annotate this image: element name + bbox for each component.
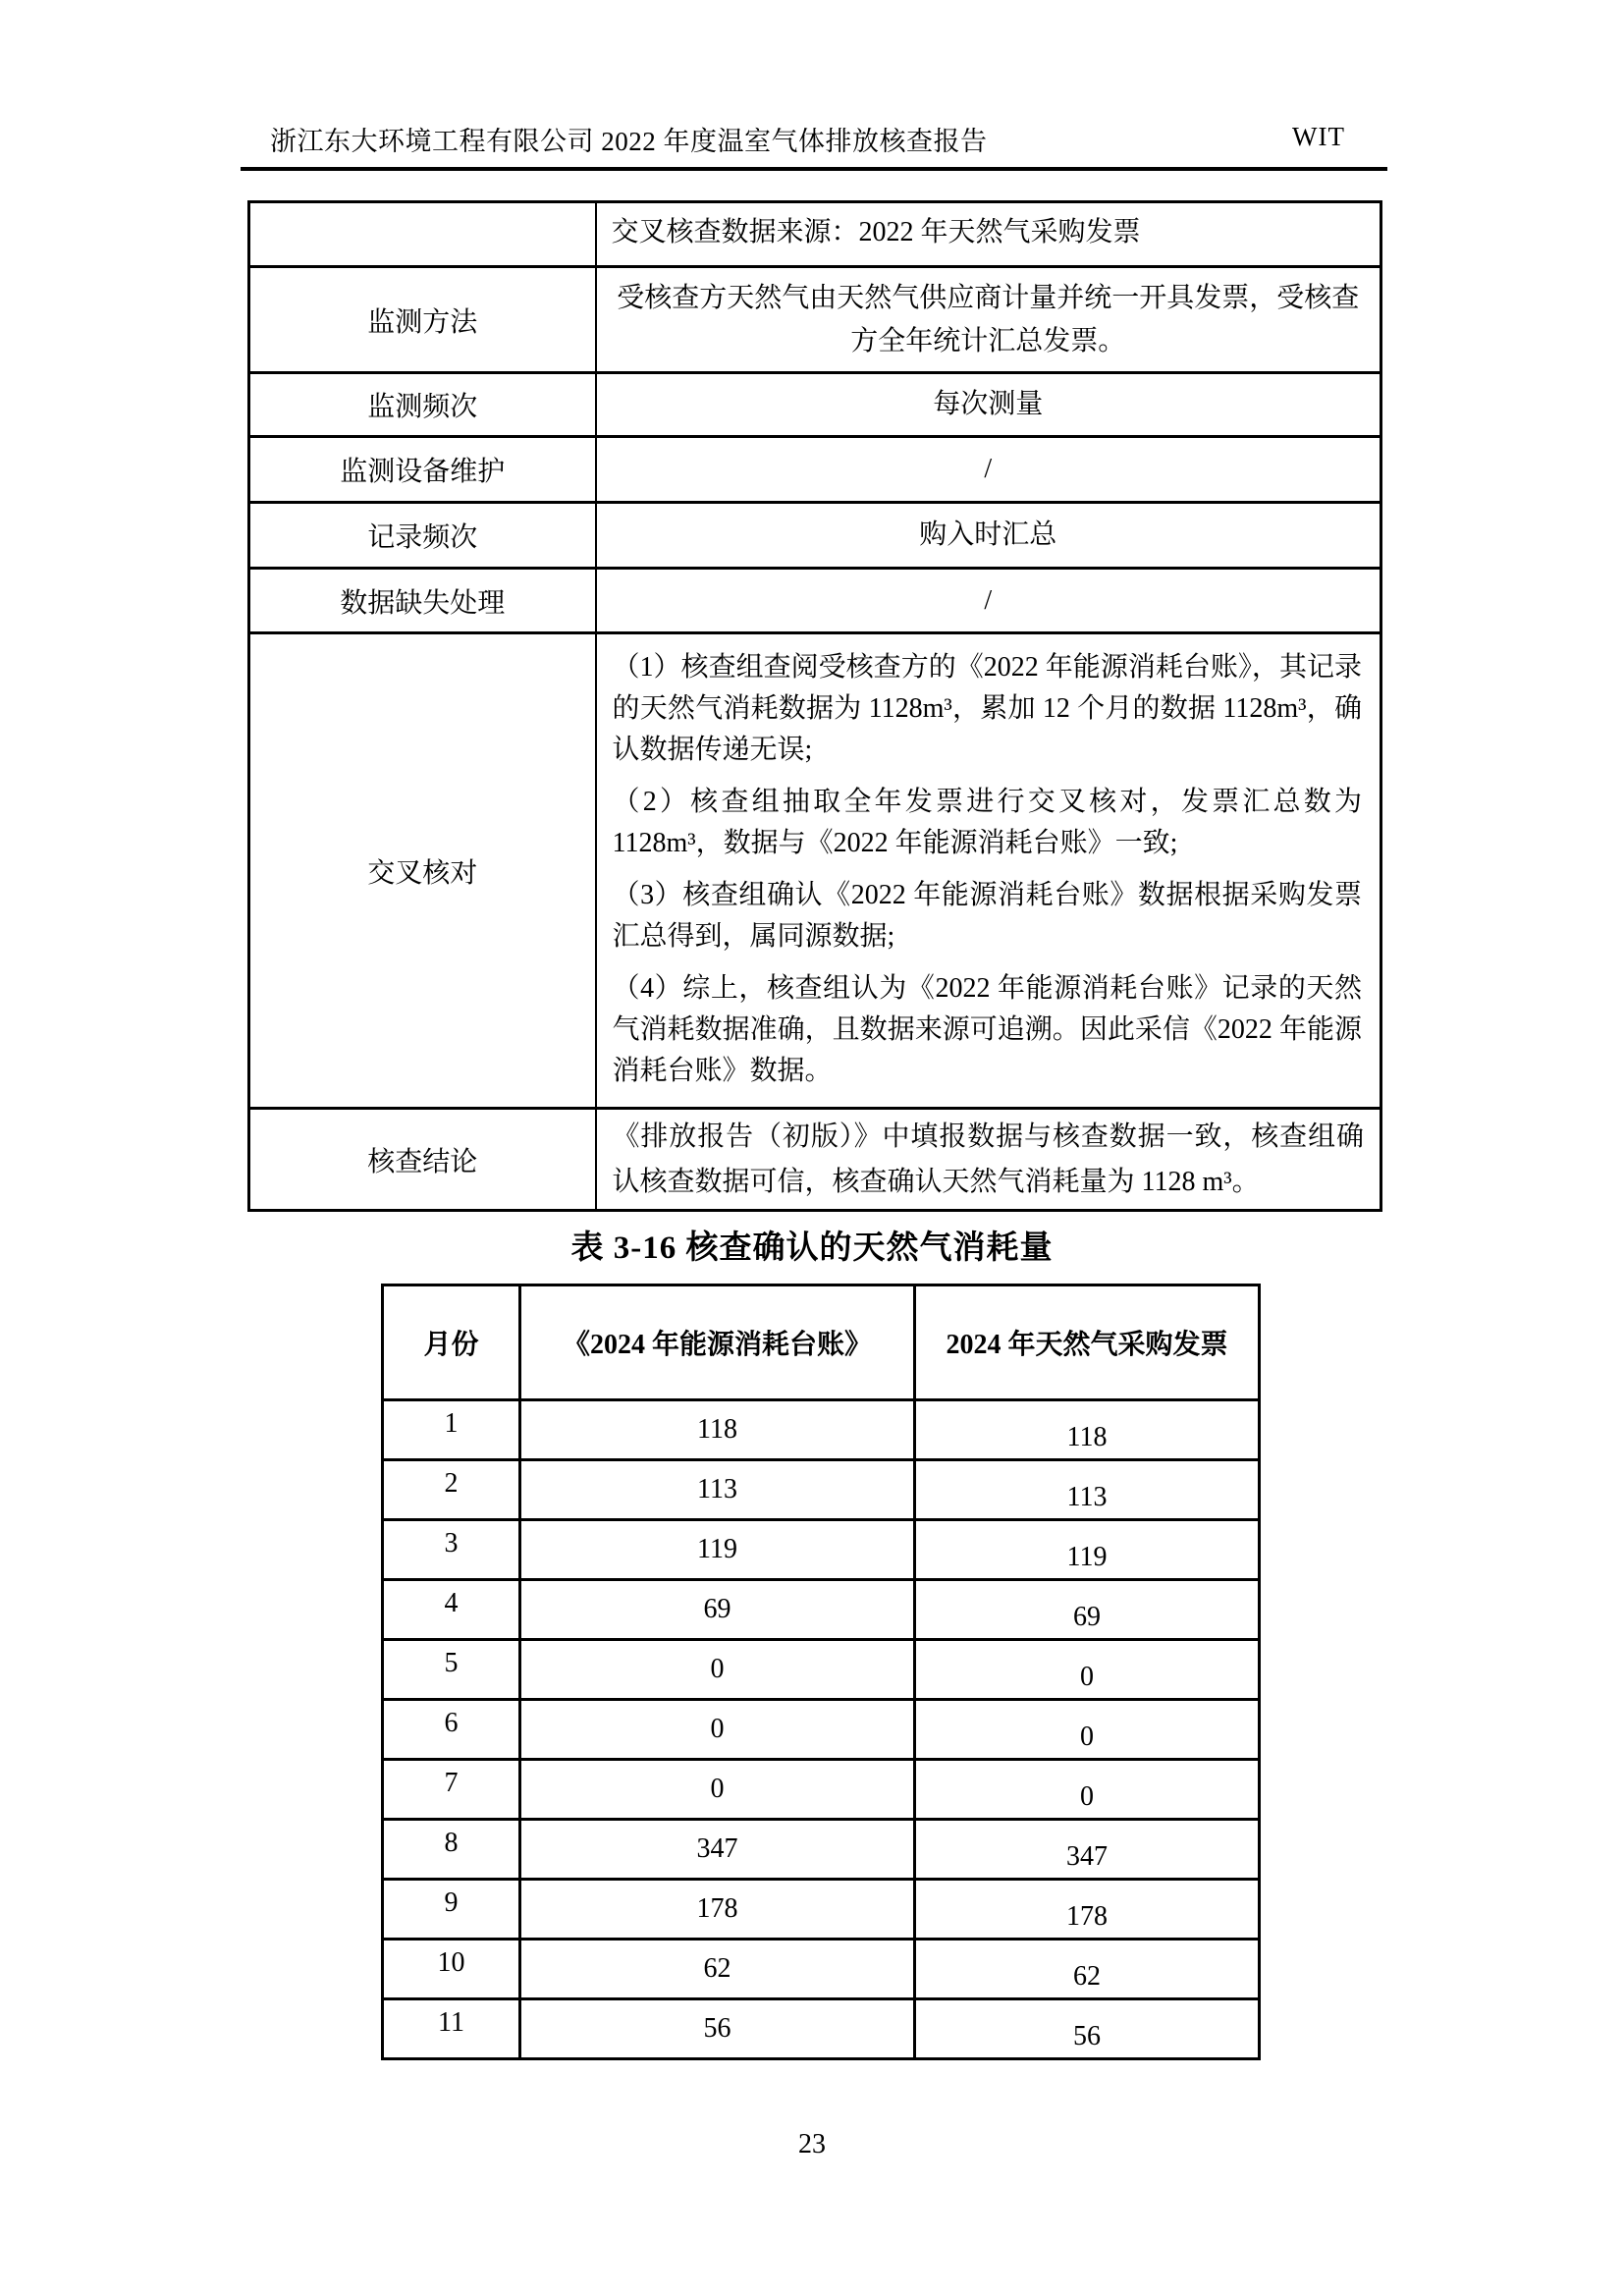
row-label: 交叉核对 xyxy=(249,633,596,1109)
invoice-value: 178 xyxy=(1066,1901,1108,1933)
invoice-value: 0 xyxy=(1080,1722,1094,1753)
ledger-value: 69 xyxy=(704,1594,731,1625)
ledger-cell: 347 xyxy=(520,1820,915,1880)
ledger-cell: 69 xyxy=(520,1580,915,1640)
invoice-cell: 113 xyxy=(915,1460,1260,1520)
row-value: 受核查方天然气由天然气供应商计量并统一开具发票，受核查方全年统计汇总发票。 xyxy=(596,267,1381,373)
month-value: 11 xyxy=(438,2007,464,2039)
ledger-cell: 178 xyxy=(520,1880,915,1940)
month-cell: 5 xyxy=(383,1640,520,1700)
row-value: （1）核查组查阅受核查方的《2022 年能源消耗台账》，其记录的天然气消耗数据为… xyxy=(596,633,1381,1109)
page-number: 23 xyxy=(0,2129,1624,2160)
ledger-value: 0 xyxy=(711,1774,725,1805)
invoice-cell: 62 xyxy=(915,1940,1260,1999)
invoice-cell: 178 xyxy=(915,1880,1260,1940)
ledger-cell: 0 xyxy=(520,1700,915,1760)
month-value: 5 xyxy=(445,1648,459,1679)
table-row: 交叉核对 （1）核查组查阅受核查方的《2022 年能源消耗台账》，其记录的天然气… xyxy=(249,633,1381,1109)
table-row: 核查结论 《排放报告（初版）》中填报数据与核查数据一致，核查组确认核查数据可信，… xyxy=(249,1109,1381,1211)
ledger-value: 113 xyxy=(697,1474,737,1505)
document-page: 浙江东大环境工程有限公司 2022 年度温室气体排放核查报告 WIT 交叉核查数… xyxy=(0,0,1624,2296)
table-row: 5 0 0 xyxy=(383,1640,1260,1700)
ledger-cell: 62 xyxy=(520,1940,915,1999)
month-value: 3 xyxy=(445,1528,459,1559)
row-value: 《排放报告（初版）》中填报数据与核查数据一致，核查组确认核查数据可信，核查确认天… xyxy=(596,1109,1381,1211)
month-cell: 1 xyxy=(383,1400,520,1460)
ledger-cell: 0 xyxy=(520,1760,915,1820)
cross-check-paragraph: （2）核查组抽取全年发票进行交叉核对，发票汇总数为 1128m³，数据与《202… xyxy=(613,782,1363,864)
month-cell: 7 xyxy=(383,1760,520,1820)
table-row: 监测频次 每次测量 xyxy=(249,373,1381,437)
month-cell: 11 xyxy=(383,1999,520,2059)
invoice-value: 0 xyxy=(1080,1662,1094,1693)
month-value: 10 xyxy=(438,1947,465,1979)
invoice-value: 347 xyxy=(1066,1841,1108,1873)
cross-check-paragraph: （4）综上，核查组认为《2022 年能源消耗台账》记录的天然气消耗数据准确，且数… xyxy=(613,968,1363,1092)
ledger-cell: 56 xyxy=(520,1999,915,2059)
row-label xyxy=(249,202,596,267)
invoice-value: 56 xyxy=(1073,2021,1101,2052)
month-value: 9 xyxy=(445,1887,459,1919)
row-label: 监测频次 xyxy=(249,373,596,437)
month-cell: 8 xyxy=(383,1820,520,1880)
ledger-value: 62 xyxy=(704,1953,731,1985)
table-header-row: 月份 《2024 年能源消耗台账》 2024 年天然气采购发票 xyxy=(383,1285,1260,1400)
row-value: 每次测量 xyxy=(596,373,1381,437)
month-value: 4 xyxy=(445,1588,459,1619)
invoice-value: 113 xyxy=(1067,1482,1108,1513)
ledger-value: 56 xyxy=(704,2013,731,2045)
month-value: 7 xyxy=(445,1768,459,1799)
invoice-cell: 56 xyxy=(915,1999,1260,2059)
ledger-value: 118 xyxy=(697,1414,737,1446)
header-mark: WIT xyxy=(1292,122,1345,152)
table-row: 1 118 118 xyxy=(383,1400,1260,1460)
table-row: 记录频次 购入时汇总 xyxy=(249,503,1381,569)
row-value: 购入时汇总 xyxy=(596,503,1381,569)
invoice-value: 118 xyxy=(1067,1422,1108,1453)
table-row: 2 113 113 xyxy=(383,1460,1260,1520)
month-cell: 3 xyxy=(383,1520,520,1580)
month-cell: 2 xyxy=(383,1460,520,1520)
column-header-month: 月份 xyxy=(383,1285,520,1400)
table-row: 6 0 0 xyxy=(383,1700,1260,1760)
invoice-cell: 347 xyxy=(915,1820,1260,1880)
month-value: 2 xyxy=(445,1468,459,1500)
month-value: 6 xyxy=(445,1708,459,1739)
table-row: 9 178 178 xyxy=(383,1880,1260,1940)
monitoring-table: 交叉核查数据来源：2022 年天然气采购发票 监测方法 受核查方天然气由天然气供… xyxy=(247,200,1382,1212)
row-label: 数据缺失处理 xyxy=(249,569,596,633)
table-row: 8 347 347 xyxy=(383,1820,1260,1880)
month-value: 1 xyxy=(445,1408,459,1440)
table-row: 3 119 119 xyxy=(383,1520,1260,1580)
column-header-ledger: 《2024 年能源消耗台账》 xyxy=(520,1285,915,1400)
table-row: 监测方法 受核查方天然气由天然气供应商计量并统一开具发票，受核查方全年统计汇总发… xyxy=(249,267,1381,373)
ledger-cell: 118 xyxy=(520,1400,915,1460)
invoice-cell: 69 xyxy=(915,1580,1260,1640)
invoice-cell: 0 xyxy=(915,1700,1260,1760)
ledger-value: 0 xyxy=(711,1654,725,1685)
row-value: / xyxy=(596,569,1381,633)
table-row: 7 0 0 xyxy=(383,1760,1260,1820)
table-3-16-title: 表 3-16 核查确认的天然气消耗量 xyxy=(0,1222,1624,1268)
invoice-cell: 0 xyxy=(915,1760,1260,1820)
table-row: 11 56 56 xyxy=(383,1999,1260,2059)
row-label: 记录频次 xyxy=(249,503,596,569)
ledger-value: 119 xyxy=(697,1534,737,1565)
month-cell: 10 xyxy=(383,1940,520,1999)
row-value: / xyxy=(596,437,1381,503)
row-value: 交叉核查数据来源：2022 年天然气采购发票 xyxy=(596,202,1381,267)
invoice-value: 119 xyxy=(1067,1542,1108,1573)
table-row: 监测设备维护 / xyxy=(249,437,1381,503)
invoice-value: 62 xyxy=(1073,1961,1101,1993)
cross-check-paragraph: （3）核查组确认《2022 年能源消耗台账》数据根据采购发票汇总得到，属同源数据… xyxy=(613,875,1363,957)
row-label: 监测方法 xyxy=(249,267,596,373)
ledger-cell: 113 xyxy=(520,1460,915,1520)
month-cell: 6 xyxy=(383,1700,520,1760)
row-label: 监测设备维护 xyxy=(249,437,596,503)
row-label: 核查结论 xyxy=(249,1109,596,1211)
ledger-cell: 119 xyxy=(520,1520,915,1580)
ledger-cell: 0 xyxy=(520,1640,915,1700)
column-header-invoice: 2024 年天然气采购发票 xyxy=(915,1285,1260,1400)
table-row: 数据缺失处理 / xyxy=(249,569,1381,633)
invoice-value: 0 xyxy=(1080,1781,1094,1813)
ledger-value: 0 xyxy=(711,1714,725,1745)
table-row: 4 69 69 xyxy=(383,1580,1260,1640)
invoice-value: 69 xyxy=(1073,1602,1101,1633)
ledger-value: 178 xyxy=(697,1893,738,1925)
month-value: 8 xyxy=(445,1828,459,1859)
gas-consumption-table: 月份 《2024 年能源消耗台账》 2024 年天然气采购发票 1 118 11… xyxy=(381,1284,1261,2060)
invoice-cell: 0 xyxy=(915,1640,1260,1700)
table-row: 10 62 62 xyxy=(383,1940,1260,1999)
month-cell: 9 xyxy=(383,1880,520,1940)
invoice-cell: 118 xyxy=(915,1400,1260,1460)
cross-check-paragraph: （1）核查组查阅受核查方的《2022 年能源消耗台账》，其记录的天然气消耗数据为… xyxy=(613,647,1363,771)
header-rule xyxy=(241,167,1387,171)
invoice-cell: 119 xyxy=(915,1520,1260,1580)
table-row: 交叉核查数据来源：2022 年天然气采购发票 xyxy=(249,202,1381,267)
month-cell: 4 xyxy=(383,1580,520,1640)
ledger-value: 347 xyxy=(697,1833,738,1865)
header-title: 浙江东大环境工程有限公司 2022 年度温室气体排放核查报告 xyxy=(270,120,988,158)
